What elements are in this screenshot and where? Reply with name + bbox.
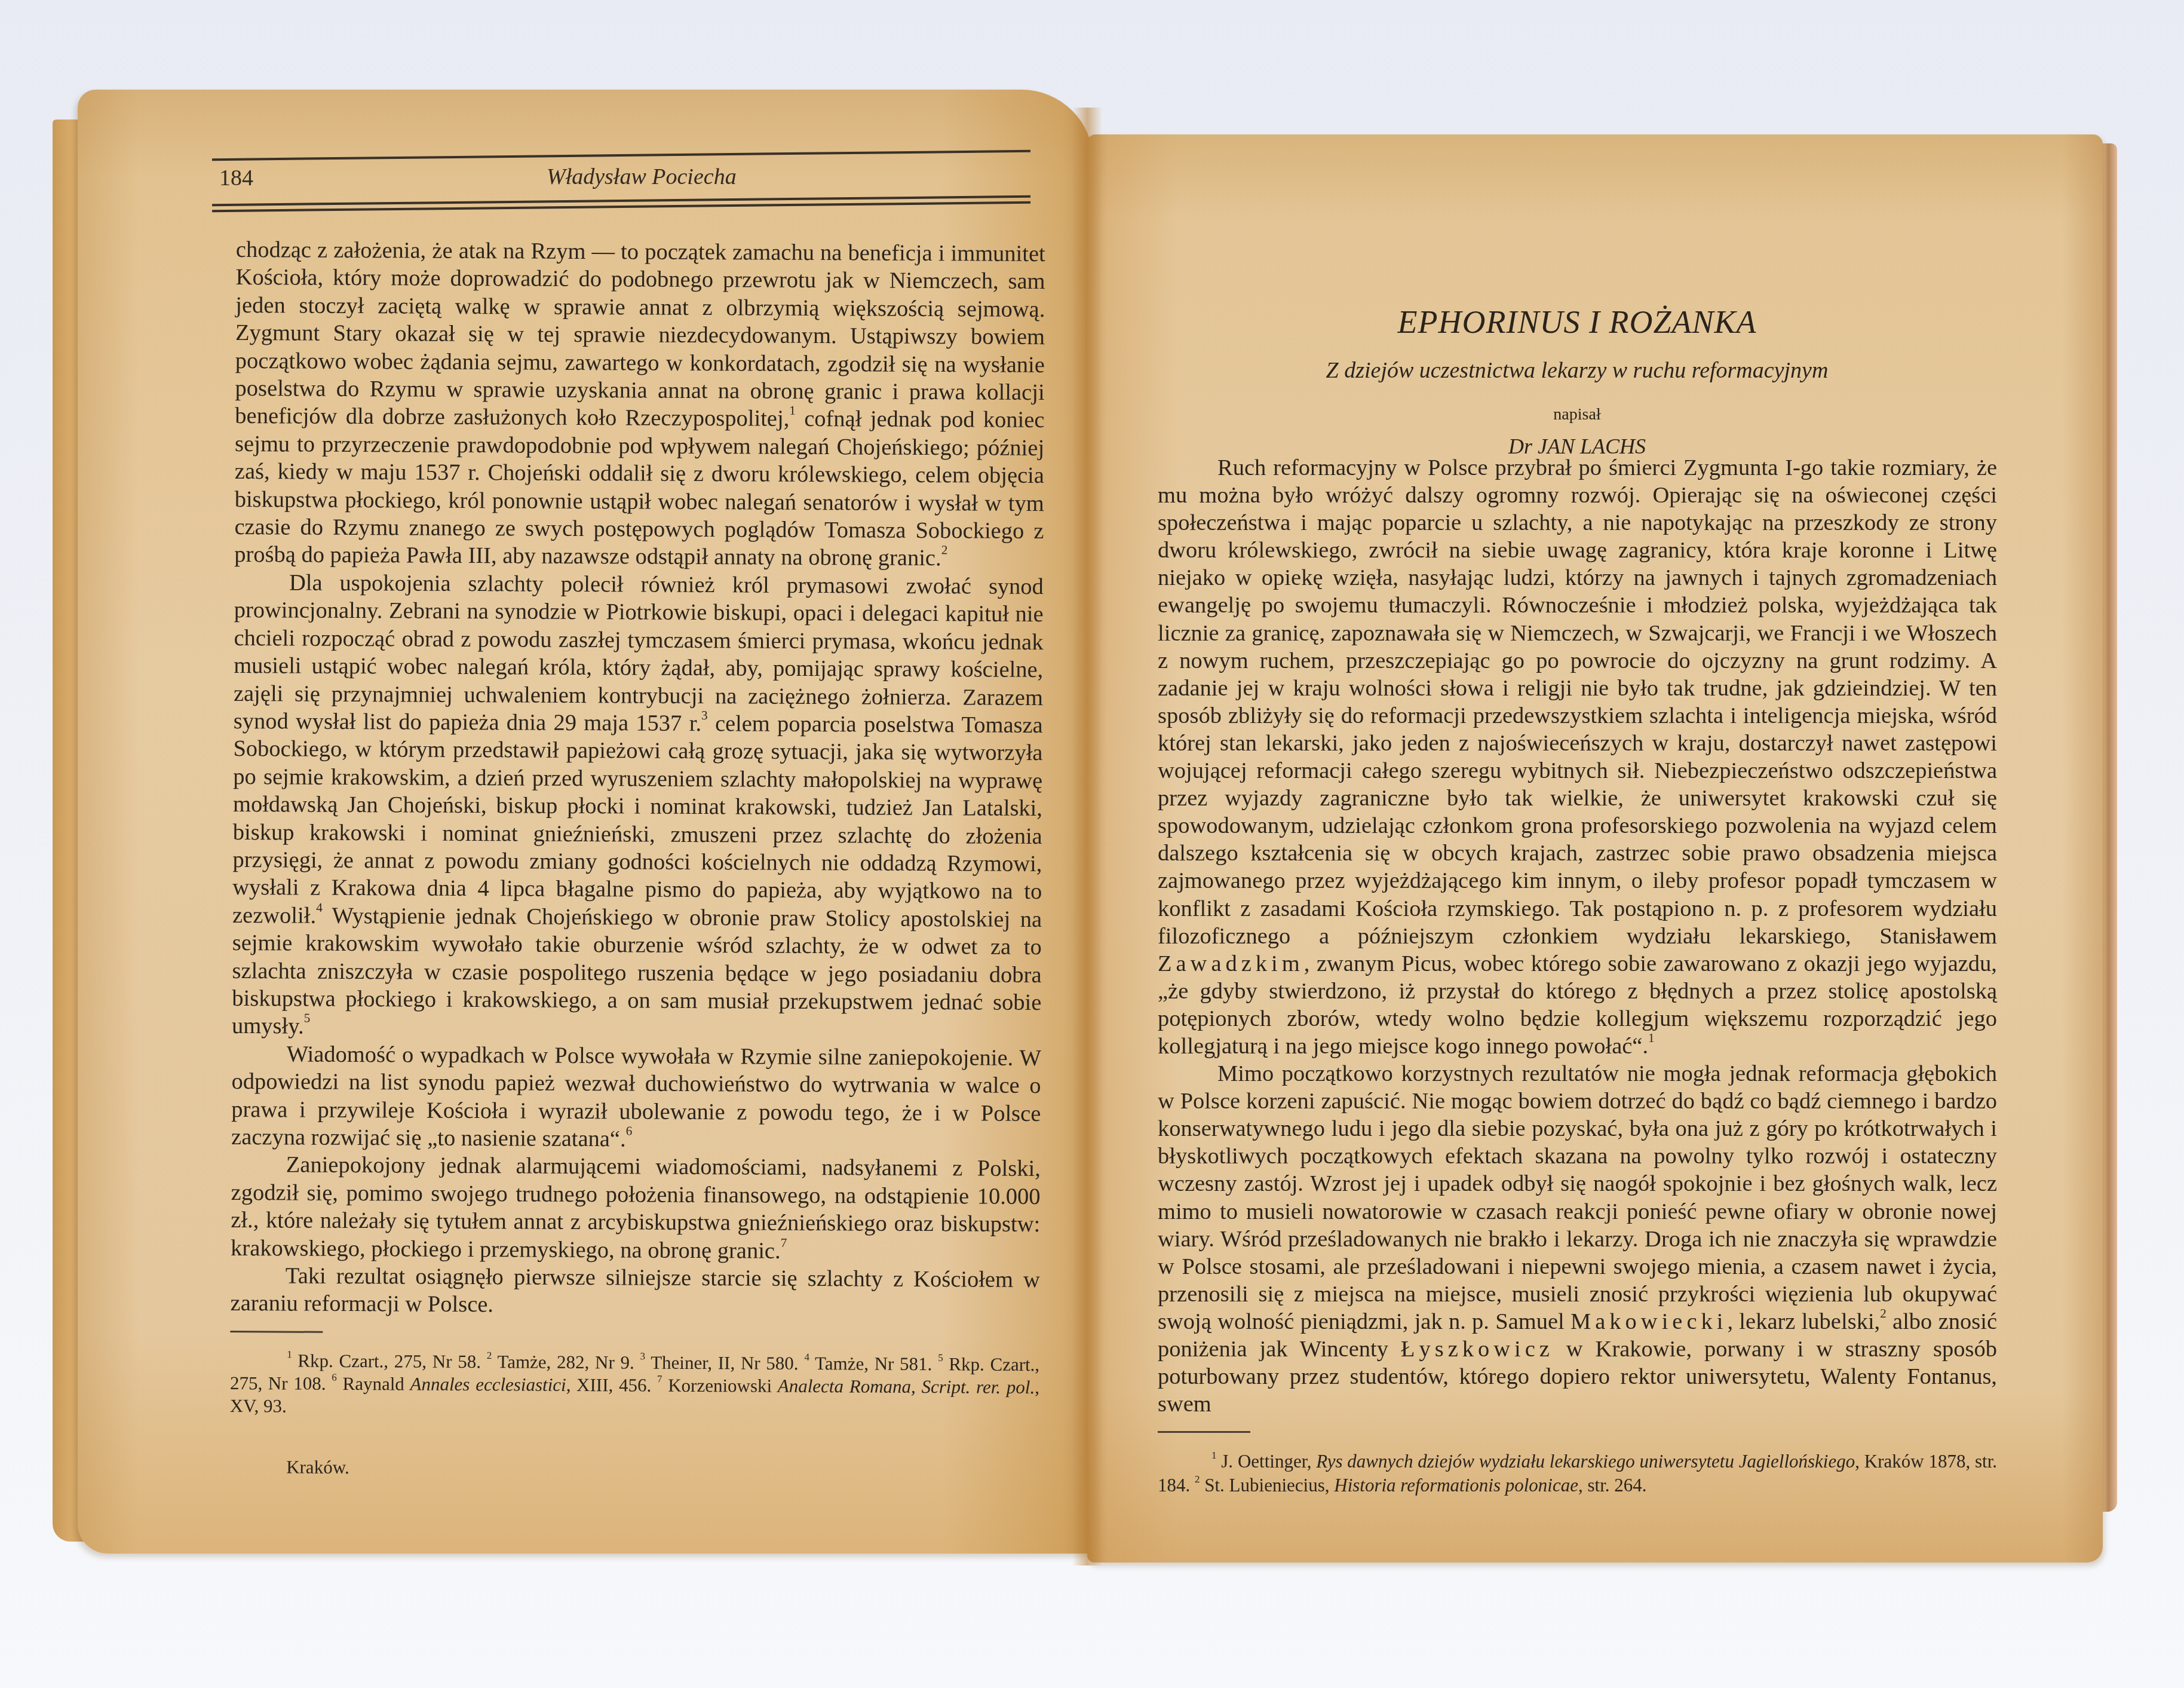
footnote-reference: 2 <box>1880 1306 1887 1321</box>
footnote-text: Theiner, II, Nr 580. <box>645 1352 805 1373</box>
footnote-reference: 2 <box>941 543 948 557</box>
article-title: EPHORINUS I ROŻANKA <box>1156 304 1998 341</box>
paragraph-text: Wystąpienie jednak Chojeńskiego w obroni… <box>232 903 1042 1039</box>
footnote-reference: 3 <box>701 708 708 722</box>
footnote-text: Raynald Annales ecclesiastici, XIII, 456… <box>337 1373 657 1396</box>
paragraph-text: Dla uspokojenia szlachty polecił również… <box>234 570 1044 736</box>
letterspaced-name: Zawadzkim <box>1158 951 1304 976</box>
paragraph-text: celem poparcia poselstwa Tomasza Sobocki… <box>232 711 1043 928</box>
left-page-footnotes: 1 Rkp. Czart., 275, Nr 58. 2 Tamże, 282,… <box>230 1349 1040 1422</box>
right-page-footnotes: 1 J. Oettinger, Rys dawnych dziejów wydz… <box>1158 1450 1997 1497</box>
footnote-separator <box>230 1331 323 1333</box>
body-paragraph: Zaniepokojony jednak alarmującemi wiadom… <box>231 1151 1041 1266</box>
body-paragraph: Wiadomość o wypadkach w Polsce wywołała … <box>231 1040 1041 1156</box>
footnote-number: 3 <box>640 1350 646 1362</box>
footnote-reference: 6 <box>626 1123 633 1138</box>
article-subtitle: Z dziejów uczestnictwa lekarzy w ruchu r… <box>1156 357 1998 384</box>
footnote-text: Rkp. Czart., 275, Nr 58. <box>292 1350 487 1372</box>
footnote-block: 1 Rkp. Czart., 275, Nr 58. 2 Tamże, 282,… <box>230 1349 1040 1422</box>
article-heading: EPHORINUS I ROŻANKA Z dziejów uczestnict… <box>1156 263 1998 459</box>
footnote-number: 6 <box>332 1371 337 1383</box>
footnote-reference: 7 <box>781 1235 787 1249</box>
footnote-reference: 5 <box>304 1011 311 1025</box>
body-paragraph: Mimo początkowo korzystnych rezultatów n… <box>1158 1060 1997 1418</box>
footnote-number: 7 <box>657 1373 662 1384</box>
paragraph-text: Mimo początkowo korzystnych rezultatów n… <box>1158 1061 1997 1334</box>
paragraph-text: Wiadomość o wypadkach w Polsce wywołała … <box>231 1041 1041 1151</box>
running-title: Władysław Pociecha <box>547 164 737 190</box>
footnote-text: Tamże, 282, Nr 9. <box>492 1351 640 1373</box>
byline-label: napisał <box>1156 405 1998 424</box>
footnote-block: 1 J. Oettinger, Rys dawnych dziejów wydz… <box>1158 1450 1997 1497</box>
footnote-text: St. Lubieniecius, Historia reformationis… <box>1200 1475 1647 1496</box>
paragraph-text: Taki rezultat osiągnęło pierwsze silniej… <box>231 1263 1040 1317</box>
footnote-text: Tamże, Nr 581. <box>809 1353 938 1374</box>
left-page-body: chodząc z założenia, że atak na Rzym — t… <box>229 236 1045 1485</box>
header-rule-top <box>212 150 1030 161</box>
running-header: 184 Władysław Pociecha <box>212 143 1048 209</box>
body-paragraph: chodząc z założenia, że atak na Rzym — t… <box>234 236 1045 573</box>
footnote-reference: 1 <box>789 403 796 418</box>
body-paragraph: Ruch reformacyjny w Polsce przybrał po ś… <box>1158 454 1997 1060</box>
paragraph-text: chodząc z założenia, że atak na Rzym — t… <box>235 237 1045 431</box>
place-signature: Kraków. <box>286 1453 1039 1485</box>
footnote-number: 4 <box>804 1352 809 1363</box>
footnote-number: 1 <box>287 1349 292 1360</box>
paragraph-text: Zaniepokojony jednak alarmującemi wiadom… <box>231 1153 1041 1264</box>
right-page-body: Ruch reformacyjny w Polsce przybrał po ś… <box>1158 454 1997 1497</box>
paragraph-text: , lekarz lubelski, <box>1727 1309 1880 1334</box>
footnote-number: 2 <box>487 1350 492 1361</box>
paragraph-text: cofnął jednak pod koniec sejmu to przyrz… <box>234 406 1044 571</box>
footnote-reference: 4 <box>316 900 323 914</box>
right-page-paragraphs: Ruch reformacyjny w Polsce przybrał po ś… <box>1158 454 1997 1418</box>
book-spine-gutter <box>1072 108 1102 1566</box>
letterspaced-name: Makowiecki <box>1570 1309 1727 1334</box>
paragraph-text: Ruch reformacyjny w Polsce przybrał po ś… <box>1158 455 1997 949</box>
footnote-number: 5 <box>938 1352 943 1364</box>
footnote-reference: 1 <box>1648 1031 1655 1045</box>
body-paragraph: Taki rezultat osiągnęło pierwsze silniej… <box>231 1262 1040 1322</box>
body-paragraph: Dla uspokojenia szlachty polecił również… <box>232 569 1044 1044</box>
footnote-separator <box>1158 1431 1250 1433</box>
left-page-paragraphs: chodząc z założenia, że atak na Rzym — t… <box>231 236 1045 1322</box>
footnote-number: 2 <box>1195 1473 1200 1485</box>
footnote-number: 1 <box>1211 1450 1217 1461</box>
page-number: 184 <box>219 165 253 191</box>
letterspaced-name: Łyszkowicz <box>1401 1337 1554 1362</box>
